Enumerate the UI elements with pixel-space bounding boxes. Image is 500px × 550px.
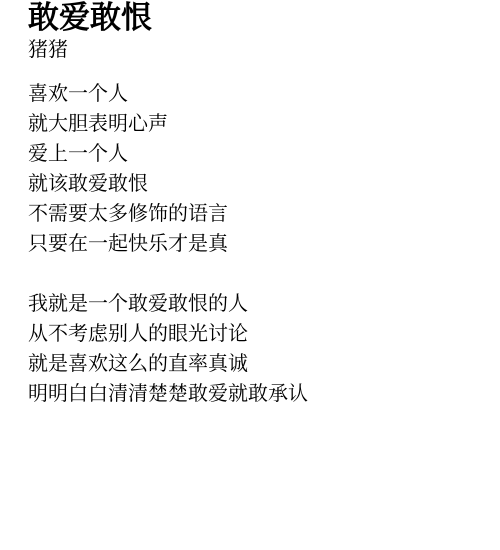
lyric-line: 喜欢一个人 (28, 78, 480, 108)
lyrics-body: 喜欢一个人 就大胆表明心声 爱上一个人 就该敢爱敢恨 不需要太多修饰的语言 只要… (28, 78, 480, 408)
lyrics-page: 敢爱敢恨 猪猪 喜欢一个人 就大胆表明心声 爱上一个人 就该敢爱敢恨 不需要太多… (0, 0, 500, 550)
author-name: 猪猪 (28, 36, 480, 62)
lyric-line-blank (28, 258, 480, 288)
lyric-line: 就大胆表明心声 (28, 108, 480, 138)
lyric-line: 爱上一个人 (28, 138, 480, 168)
lyric-line: 只要在一起快乐才是真 (28, 228, 480, 258)
lyric-line: 从不考虑别人的眼光讨论 (28, 318, 480, 348)
lyric-line: 就该敢爱敢恨 (28, 168, 480, 198)
lyric-line: 我就是一个敢爱敢恨的人 (28, 288, 480, 318)
lyric-line: 明明白白清清楚楚敢爱就敢承认 (28, 378, 480, 408)
page-title: 敢爱敢恨 (28, 0, 480, 36)
lyric-line: 不需要太多修饰的语言 (28, 198, 480, 228)
lyric-line: 就是喜欢这么的直率真诚 (28, 348, 480, 378)
